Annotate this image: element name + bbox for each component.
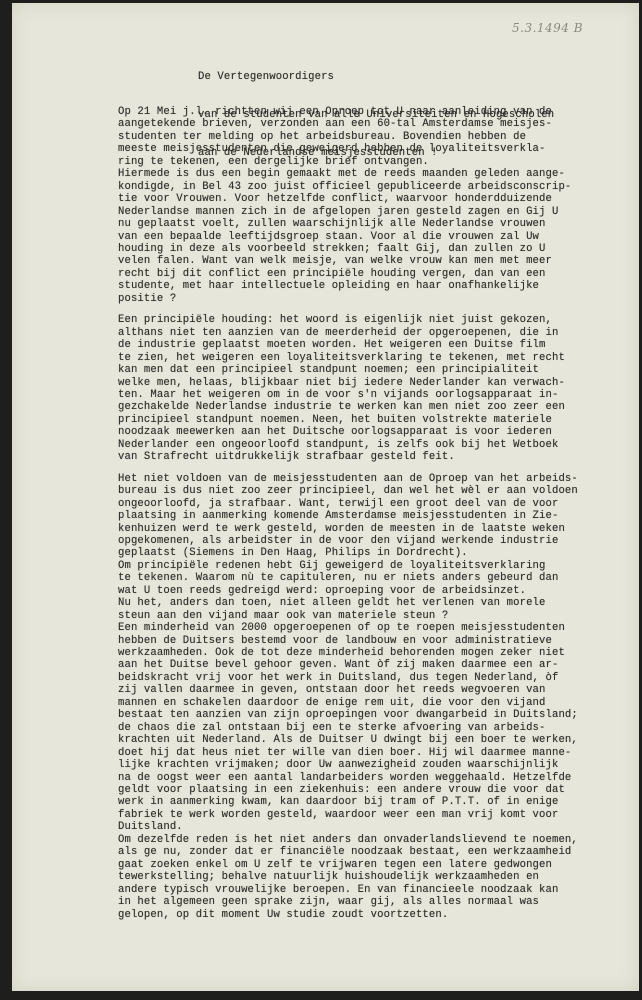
text-line: aangetekende brieven, verzonden aan een … bbox=[118, 118, 578, 130]
text-line: plaatsing in aanmerking komende Amsterda… bbox=[118, 510, 578, 522]
text-line: positie ? bbox=[118, 293, 578, 305]
text-line: althans niet ten aanzien van de meerderh… bbox=[118, 327, 578, 339]
text-line: Het niet voldoen van de meisjesstudenten… bbox=[118, 473, 578, 485]
text-line: gaat zoeken enkel om U zelf te vrijwaren… bbox=[118, 859, 578, 871]
text-line: Duitsland. bbox=[118, 821, 578, 833]
text-line: te zien, het weigeren een loyaliteitsver… bbox=[118, 352, 578, 364]
text-line: werk in aanmerking kwam, kan daardoor bi… bbox=[118, 796, 578, 808]
letter-body: Op 21 Mei j.l. richtten wij een Oproep t… bbox=[118, 106, 578, 921]
text-line: Nederlander een ongeoorloofd standpunt, … bbox=[118, 439, 578, 451]
text-line: krachten uit Nederland. Als de Duitser U… bbox=[118, 734, 578, 746]
text-line: kondigde, in Bel 43 zoo juist officieel … bbox=[118, 181, 578, 193]
text-line: hebben de Duitsers bestemd voor de landb… bbox=[118, 635, 578, 647]
text-line: noodzaak meewerken aan het Duitsche oorl… bbox=[118, 426, 578, 438]
address-line: De Vertegenwoordigers bbox=[198, 71, 554, 84]
text-line: in het algemeen geen sprake zijn, waar g… bbox=[118, 896, 578, 908]
text-line: te tekenen. Waarom nù te capituleren, nu… bbox=[118, 572, 578, 584]
text-line: recht bij dit conflict een principiële h… bbox=[118, 268, 578, 280]
text-line: bureau is dus niet zoo zeer principieel,… bbox=[118, 485, 578, 497]
text-line: kenhuizen werd te werk gesteld, worden d… bbox=[118, 523, 578, 535]
text-line: studente, met haar intellectuele opleidi… bbox=[118, 280, 578, 292]
text-line: werkzaamheden. Ook de tot deze minderhei… bbox=[118, 647, 578, 659]
text-line: fabriek te werk worden gesteld, waardoor… bbox=[118, 809, 578, 821]
text-line: van Strafrecht uitdrukkelijk strafbaar g… bbox=[118, 451, 578, 463]
text-line: de industrie geplaatst moeten worden. He… bbox=[118, 339, 578, 351]
text-line: geplaatst (Siemens in Den Haag, Philips … bbox=[118, 547, 578, 559]
text-line: Een principiële houding: het woord is ei… bbox=[118, 314, 578, 326]
text-line: meeste meisjesstudenten die geweigerd he… bbox=[118, 143, 578, 155]
text-line: Nederlandse mannen zich in de afgelopen … bbox=[118, 206, 578, 218]
text-line: Hiermede is dus een begin gemaakt met de… bbox=[118, 168, 578, 180]
text-line: bestaat ten aanzien van zijn oproepingen… bbox=[118, 709, 578, 721]
text-line: beidskracht vrij voor het werk in Duitsl… bbox=[118, 672, 578, 684]
text-line: doet hij dat heus niet ter wille van die… bbox=[118, 747, 578, 759]
text-line: mannen en schakelen daardoor de enige re… bbox=[118, 697, 578, 709]
text-line: andere typisch vrouwelijke beroepen. En … bbox=[118, 884, 578, 896]
paragraph: Op 21 Mei j.l. richtten wij een Oproep t… bbox=[118, 106, 578, 168]
text-line: als ge nu, zonder dat er financiële nood… bbox=[118, 846, 578, 858]
text-line: Een minderheid van 2000 opgeroepenen of … bbox=[118, 622, 578, 634]
text-line: de chaos die zal ontstaan bij een te ste… bbox=[118, 722, 578, 734]
text-line: Op 21 Mei j.l. richtten wij een Oproep t… bbox=[118, 106, 578, 118]
paragraph: Hiermede is dus een begin gemaakt met de… bbox=[118, 168, 578, 305]
text-line: geldt voor plaatsing in een ziekenhuis: … bbox=[118, 784, 578, 796]
text-line: studenten ter melding op het arbeidsbure… bbox=[118, 131, 578, 143]
text-line: principieel standpunt noemen. Neen, het … bbox=[118, 414, 578, 426]
text-line: Om dezelfde reden is het niet anders dan… bbox=[118, 834, 578, 846]
text-line: velen falen. Want van welk meisje, van w… bbox=[118, 255, 578, 267]
text-line: ten. Maar het weigeren om in de voor s'n… bbox=[118, 389, 578, 401]
text-line: houding in deze als voorbeeld strekken; … bbox=[118, 243, 578, 255]
text-line: zij vallen daarmee in geven, ontstaan do… bbox=[118, 684, 578, 696]
text-line: aan het Duitse bevel gehoor geven. Want … bbox=[118, 659, 578, 671]
text-line: gezchakelde Nederlandse industrie te wer… bbox=[118, 401, 578, 413]
paragraph: Een principiële houding: het woord is ei… bbox=[118, 314, 578, 463]
text-line: wat U toen reeds gedreigd werd: oproepin… bbox=[118, 585, 578, 597]
text-line: Nu het, anders dan toen, niet alleen gel… bbox=[118, 597, 578, 609]
text-line: gelopen, op dit moment Uw studie zoudt v… bbox=[118, 909, 578, 921]
text-line: kan men dat een principieel standpunt no… bbox=[118, 364, 578, 376]
text-line: tie voor Vrouwen. Voor hetzelfde conflic… bbox=[118, 193, 578, 205]
paragraph: Een minderheid van 2000 opgeroepenen of … bbox=[118, 622, 578, 834]
text-line: nu geplaatst voelt, zullen waarschijnlij… bbox=[118, 218, 578, 230]
text-line: Om principiële redenen hebt Gij geweiger… bbox=[118, 560, 578, 572]
text-line: ring te tekenen, een dergelijke brief on… bbox=[118, 156, 578, 168]
paragraph: Het niet voldoen van de meisjesstudenten… bbox=[118, 473, 578, 560]
scanned-page: 5.3.1494 B De Vertegenwoordigers van de … bbox=[12, 3, 639, 991]
text-line: lijke krachten vrijmaken; door Uw aanwez… bbox=[118, 759, 578, 771]
text-line: tewerkstelling; behalve natuurlijk huish… bbox=[118, 871, 578, 883]
text-line: opgekomenen, als arbeidster in de voor d… bbox=[118, 535, 578, 547]
text-line: steun aan den vijand maar ook van materi… bbox=[118, 610, 578, 622]
paragraph: Om principiële redenen hebt Gij geweiger… bbox=[118, 560, 578, 622]
text-line: van een bepaalde leeftijdsgroep staan. V… bbox=[118, 231, 578, 243]
archive-annotation: 5.3.1494 B bbox=[512, 21, 583, 35]
text-line: ongeoorloofd, ja strafbaar. Want, terwij… bbox=[118, 498, 578, 510]
text-line: welke men, helaas, blijkbaar niet bij ie… bbox=[118, 377, 578, 389]
paragraph: Om dezelfde reden is het niet anders dan… bbox=[118, 834, 578, 921]
text-line: na de oogst weer een aantal landarbeider… bbox=[118, 772, 578, 784]
